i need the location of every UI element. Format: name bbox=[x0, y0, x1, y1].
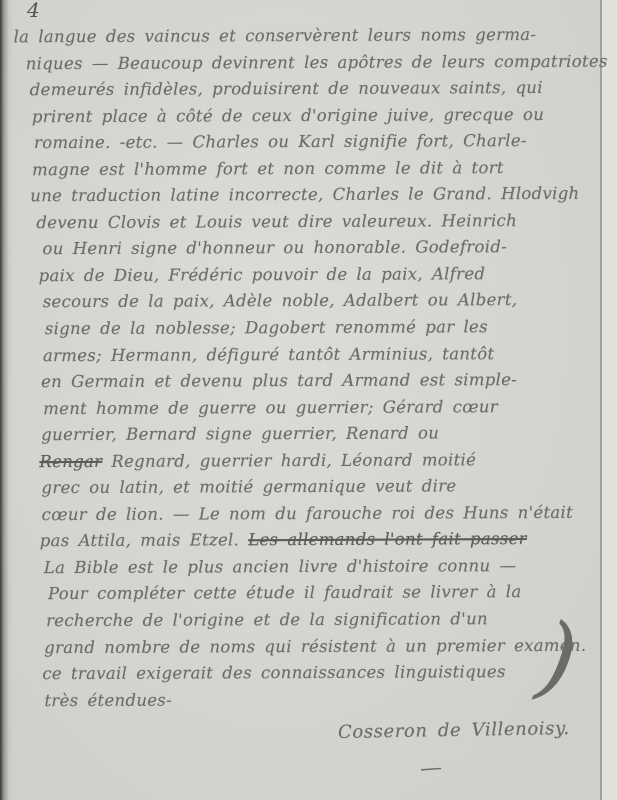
manuscript-line: niques — Beaucoup devinrent les apôtres … bbox=[12, 48, 597, 77]
manuscript-line: cœur de lion. — Le nom du farouche roi d… bbox=[14, 500, 599, 529]
struck-out-text: Rengar bbox=[39, 452, 102, 471]
manuscript-line: très étendues- bbox=[14, 685, 599, 714]
handwritten-text: signe de la noblesse; Dagobert renommé p… bbox=[45, 317, 488, 338]
handwritten-text: La Bible est le plus ancien livre d'hist… bbox=[44, 556, 516, 577]
handwritten-text: magne est l'homme fort et non comme le d… bbox=[32, 158, 504, 179]
handwritten-text: niques — Beaucoup devinrent les apôtres … bbox=[26, 51, 608, 73]
manuscript-line: grand nombre de noms qui résistent à un … bbox=[14, 632, 599, 661]
author-signature: Cosseron de Villenoisy. bbox=[338, 718, 570, 743]
manuscript-line: une traduction latine incorrecte, Charle… bbox=[12, 181, 597, 210]
handwritten-text: demeurés infidèles, produisirent de nouv… bbox=[30, 78, 543, 99]
manuscript-line: guerrier, Bernard signe guerrier, Renard… bbox=[13, 420, 598, 449]
manuscript-line: ce travail exigerait des connaissances l… bbox=[14, 659, 599, 688]
manuscript-line: ou Henri signe d'honneur ou honorable. G… bbox=[12, 234, 597, 263]
handwritten-text: grec ou latin, et moitié germanique veut… bbox=[41, 477, 456, 498]
manuscript-line: paix de Dieu, Frédéric pouvoir de la pai… bbox=[13, 261, 598, 290]
manuscript-line: en Germain et devenu plus tard Armand es… bbox=[13, 367, 598, 396]
handwritten-text: grand nombre de noms qui résistent à un … bbox=[44, 635, 586, 656]
manuscript-text-block: la langue des vaincus et conservèrent le… bbox=[11, 22, 599, 715]
handwritten-text: pas Attila, mais Etzel. bbox=[40, 531, 249, 551]
manuscript-line: Pour compléter cette étude il faudrait s… bbox=[14, 579, 599, 608]
manuscript-line: recherche de l'origine et de la signific… bbox=[14, 606, 599, 635]
handwritten-text: Pour compléter cette étude il faudrait s… bbox=[48, 583, 522, 604]
end-dash-mark: — bbox=[419, 755, 443, 781]
handwritten-text: guerrier, Bernard signe guerrier, Renard… bbox=[41, 424, 439, 445]
handwritten-text: ce travail exigerait des connaissances l… bbox=[42, 662, 505, 683]
manuscript-line: prirent place à côté de ceux d'origine j… bbox=[12, 101, 597, 130]
manuscript-line: grec ou latin, et moitié germanique veut… bbox=[13, 473, 598, 502]
manuscript-line: magne est l'homme fort et non comme le d… bbox=[12, 154, 597, 183]
manuscript-line: devenu Clovis et Louis veut dire valeure… bbox=[12, 208, 597, 237]
manuscript-line: romaine. -etc. — Charles ou Karl signifi… bbox=[12, 128, 597, 157]
handwritten-text: prirent place à côté de ceux d'origine j… bbox=[32, 105, 544, 126]
manuscript-line: demeurés infidèles, produisirent de nouv… bbox=[12, 75, 597, 104]
handwritten-text: paix de Dieu, Frédéric pouvoir de la pai… bbox=[39, 264, 486, 285]
handwritten-text: Regnard, guerrier hardi, Léonard moitié bbox=[102, 450, 476, 471]
manuscript-line: Rengar Regnard, guerrier hardi, Léonard … bbox=[13, 446, 598, 475]
handwritten-text: devenu Clovis et Louis veut dire valeure… bbox=[36, 211, 517, 232]
manuscript-line: signe de la noblesse; Dagobert renommé p… bbox=[13, 314, 598, 343]
manuscript-line: armes; Hermann, défiguré tantôt Arminius… bbox=[13, 340, 598, 369]
manuscript-lines: la langue des vaincus et conservèrent le… bbox=[11, 22, 599, 715]
manuscript-line: ment homme de guerre ou guerrier; Gérard… bbox=[13, 393, 598, 422]
handwritten-text: en Germain et devenu plus tard Armand es… bbox=[41, 370, 517, 391]
struck-out-text: Les allemands l'ont fait passer bbox=[248, 529, 527, 549]
handwritten-text: une traduction latine incorrecte, Charle… bbox=[30, 184, 579, 205]
manuscript-line: secours de la paix, Adèle noble, Adalber… bbox=[13, 287, 598, 316]
handwritten-text: secours de la paix, Adèle noble, Adalber… bbox=[43, 291, 518, 312]
handwritten-text: recherche de l'origine et de la signific… bbox=[46, 609, 488, 630]
page-number: 4 bbox=[27, 0, 40, 22]
handwritten-text: très étendues- bbox=[44, 690, 172, 710]
manuscript-line: pas Attila, mais Etzel. Les allemands l'… bbox=[14, 526, 599, 555]
handwritten-text: ment homme de guerre ou guerrier; Gérard… bbox=[43, 397, 498, 418]
handwritten-text: ou Henri signe d'honneur ou honorable. G… bbox=[42, 237, 507, 258]
handwritten-text: la langue des vaincus et conservèrent le… bbox=[14, 25, 537, 46]
manuscript-line: La Bible est le plus ancien livre d'hist… bbox=[14, 553, 599, 582]
handwritten-text: armes; Hermann, défiguré tantôt Arminius… bbox=[43, 344, 495, 365]
page-right-edge-strip bbox=[602, 0, 617, 800]
handwritten-text: cœur de lion. — Le nom du farouche roi d… bbox=[42, 503, 573, 524]
manuscript-line: la langue des vaincus et conservèrent le… bbox=[11, 22, 596, 51]
handwritten-text: romaine. -etc. — Charles ou Karl signifi… bbox=[34, 131, 527, 152]
